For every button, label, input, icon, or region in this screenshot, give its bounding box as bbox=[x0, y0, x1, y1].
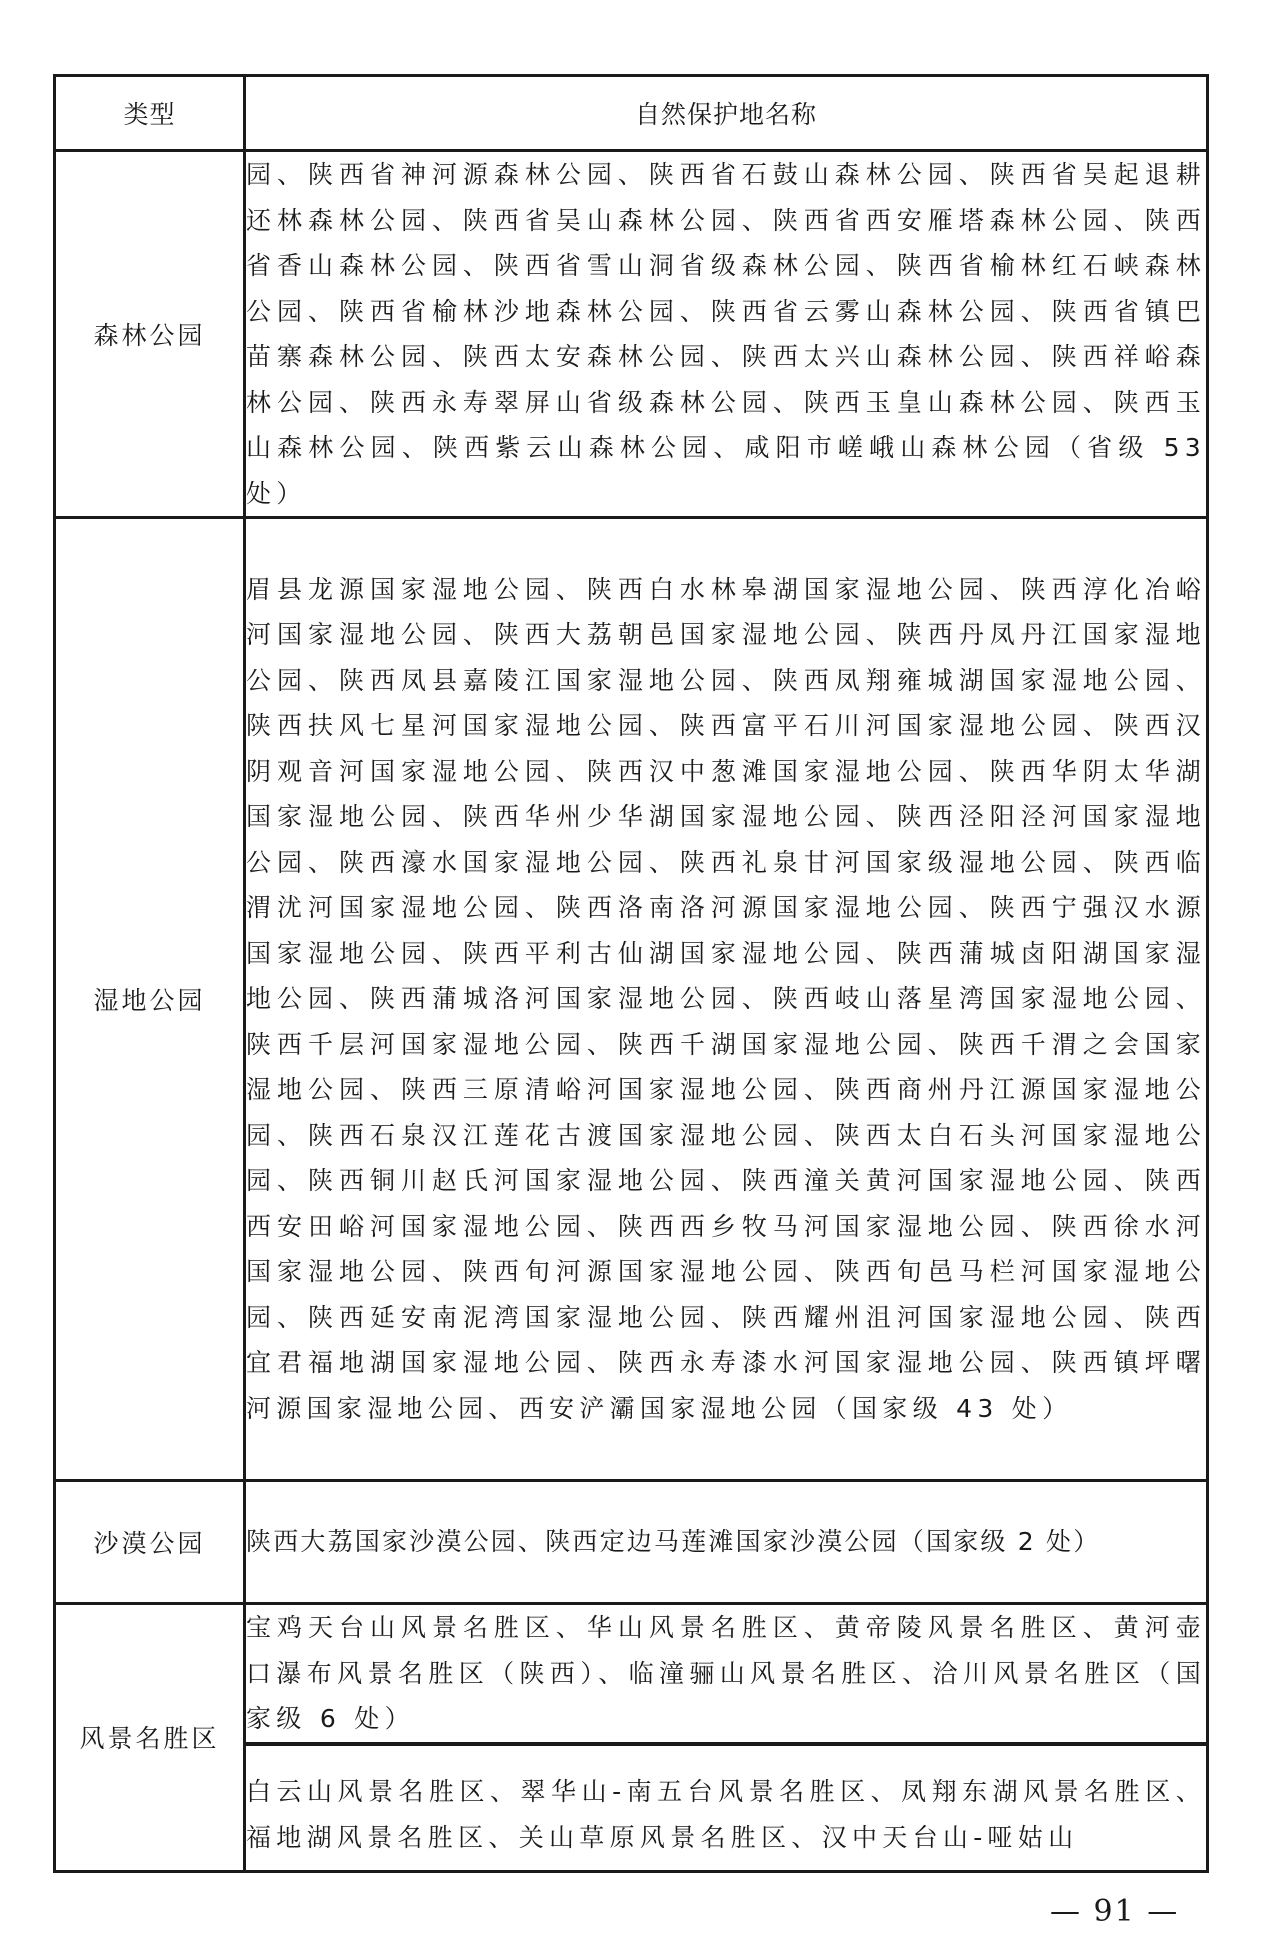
names-cell: 眉县龙源国家湿地公园、陕西白水林皋湖国家湿地公园、陕西淳化冶峪河国家湿地公园、陕… bbox=[245, 518, 1208, 1481]
table-row-scenic-area-national: 风景名胜区 宝鸡天台山风景名胜区、华山风景名胜区、黄帝陵风景名胜区、黄河壶口瀑布… bbox=[55, 1604, 1208, 1744]
table-row-wetland-park: 湿地公园 眉县龙源国家湿地公园、陕西白水林皋湖国家湿地公园、陕西淳化冶峪河国家湿… bbox=[55, 518, 1208, 1481]
names-cell: 园、陕西省神河源森林公园、陕西省石鼓山森林公园、陕西省吴起退耕还林森林公园、陕西… bbox=[245, 151, 1208, 518]
header-names: 自然保护地名称 bbox=[245, 76, 1208, 151]
names-cell: 宝鸡天台山风景名胜区、华山风景名胜区、黄帝陵风景名胜区、黄河壶口瀑布风景名胜区（… bbox=[245, 1604, 1208, 1744]
table-row-desert-park: 沙漠公园 陕西大荔国家沙漠公园、陕西定边马莲滩国家沙漠公园（国家级 2 处） bbox=[55, 1481, 1208, 1604]
header-type: 类型 bbox=[55, 76, 245, 151]
table-header-row: 类型 自然保护地名称 bbox=[55, 76, 1208, 151]
type-cell: 风景名胜区 bbox=[55, 1604, 245, 1872]
page-number: — 91 — bbox=[1050, 1894, 1179, 1929]
type-cell: 森林公园 bbox=[55, 151, 245, 518]
type-cell: 沙漠公园 bbox=[55, 1481, 245, 1604]
type-cell: 湿地公园 bbox=[55, 518, 245, 1481]
names-cell: 白云山风景名胜区、翠华山-南五台风景名胜区、凤翔东湖风景名胜区、福地湖风景名胜区… bbox=[245, 1744, 1208, 1872]
table-row-forest-park: 森林公园 园、陕西省神河源森林公园、陕西省石鼓山森林公园、陕西省吴起退耕还林森林… bbox=[55, 151, 1208, 518]
protected-areas-table: 类型 自然保护地名称 森林公园 园、陕西省神河源森林公园、陕西省石鼓山森林公园、… bbox=[53, 74, 1209, 1873]
names-cell: 陕西大荔国家沙漠公园、陕西定边马莲滩国家沙漠公园（国家级 2 处） bbox=[245, 1481, 1208, 1604]
